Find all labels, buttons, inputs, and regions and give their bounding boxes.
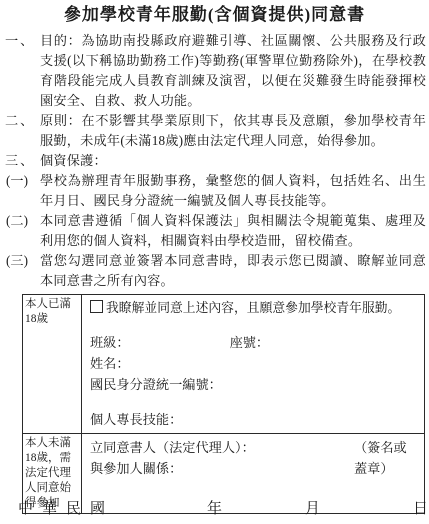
section-principle-text: 原則：在不影響其學業原則下，依其專長及意願，參加學校青年服勤，未成年(未滿18歲… bbox=[40, 113, 426, 148]
subsection-agreement-text: 當您勾選同意並簽署本同意書時，即表示您已閱讀、瞭解並同意本同意書之所有內容。 bbox=[40, 253, 426, 288]
section-principle-number: 二、 bbox=[5, 111, 35, 131]
subsection-agreement: (三)當您勾選同意並簽署本同意書時，即表示您已閱讀、瞭解並同意本同意書之所有內容… bbox=[3, 251, 426, 291]
consent-form-page: 參加學校青年服勤(含個資提供)同意書 一、目的：為協助南投縣政府避難引導、社區關… bbox=[0, 0, 429, 524]
consent-checkbox[interactable] bbox=[90, 300, 103, 313]
guardian-label: 立同意書人（法定代理人）： bbox=[90, 440, 255, 455]
subsection-legal-basis-number: (二) bbox=[6, 211, 28, 231]
guardian-line: 立同意書人（法定代理人）： （簽名或蓋章） bbox=[90, 437, 420, 458]
section-principle: 二、原則：在不影響其學業原則下，依其專長及意願，參加學校青年服勤，未成年(未滿1… bbox=[3, 111, 426, 151]
relation-label: 與參加人關係： bbox=[90, 461, 182, 476]
consent-statement-label: 我瞭解並同意上述內容，且願意參加學校青年服勤。 bbox=[106, 301, 400, 315]
date-line: 中華民國 年 月 日 bbox=[0, 497, 429, 517]
national-id-line: 國民身分證統一編號： bbox=[90, 374, 420, 395]
skills-line: 個人專長技能： bbox=[90, 409, 420, 430]
subsection-legal-basis-text: 本同意書遵循「個人資料保護法」與相關法令規範蒐集、處理及利用您的個人資料，相關資… bbox=[40, 213, 426, 248]
name-line: 姓名： bbox=[90, 353, 420, 374]
adult-row-body: 我瞭解並同意上述內容，且願意參加學校青年服勤。 班級：座號： 姓名： 國民身分證… bbox=[82, 295, 424, 433]
subsection-data-collected-number: (一) bbox=[6, 171, 28, 191]
signature-table: 本人已滿18歲 我瞭解並同意上述內容，且願意參加學校青年服勤。 班級：座號： 姓… bbox=[22, 294, 425, 514]
section-purpose: 一、目的：為協助南投縣政府避難引導、社區關懷、公共服務及行政支援(以下稱協助勤務… bbox=[3, 31, 426, 111]
subsection-data-collected-text: 學校為辦理青年服勤事務，彙整您的個人資料，包括姓名、出生年月日、國民身分證統一編… bbox=[40, 173, 426, 208]
subsection-legal-basis: (二)本同意書遵循「個人資料保護法」與相關法令規範蒐集、處理及利用您的個人資料，… bbox=[3, 211, 426, 251]
class-label: 班級： bbox=[90, 335, 130, 350]
consent-statement-line: 我瞭解並同意上述內容，且願意參加學校青年服勤。 bbox=[90, 298, 420, 319]
page-title: 參加學校青年服勤(含個資提供)同意書 bbox=[3, 4, 426, 26]
section-privacy-text: 個資保護： bbox=[40, 153, 107, 168]
class-seat-line: 班級：座號： bbox=[90, 332, 420, 353]
year-label: 年 bbox=[207, 497, 222, 518]
month-label: 月 bbox=[305, 497, 320, 518]
name-label: 姓名： bbox=[90, 356, 130, 371]
section-purpose-number: 一、 bbox=[5, 31, 35, 51]
national-id-label: 國民身分證統一編號： bbox=[90, 377, 222, 392]
subsection-agreement-number: (三) bbox=[6, 251, 28, 271]
adult-row-header: 本人已滿18歲 bbox=[23, 295, 82, 433]
subsection-data-collected: (一)學校為辦理青年服勤事務，彙整您的個人資料，包括姓名、出生年月日、國民身分證… bbox=[3, 171, 426, 211]
skills-label: 個人專長技能： bbox=[90, 412, 182, 427]
section-privacy: 三、個資保護： bbox=[3, 151, 426, 171]
section-purpose-text: 目的：為協助南投縣政府避難引導、社區關懷、公共服務及行政支援(以下稱協助勤務工作… bbox=[40, 33, 426, 108]
seat-label: 座號： bbox=[230, 335, 270, 350]
adult-signature-row: 本人已滿18歲 我瞭解並同意上述內容，且願意參加學校青年服勤。 班級：座號： 姓… bbox=[23, 295, 424, 433]
era-label: 中華民國 bbox=[18, 497, 114, 518]
section-privacy-number: 三、 bbox=[5, 151, 35, 171]
day-label: 日 bbox=[413, 497, 428, 518]
signature-note: （簽名或蓋章） bbox=[354, 437, 418, 479]
